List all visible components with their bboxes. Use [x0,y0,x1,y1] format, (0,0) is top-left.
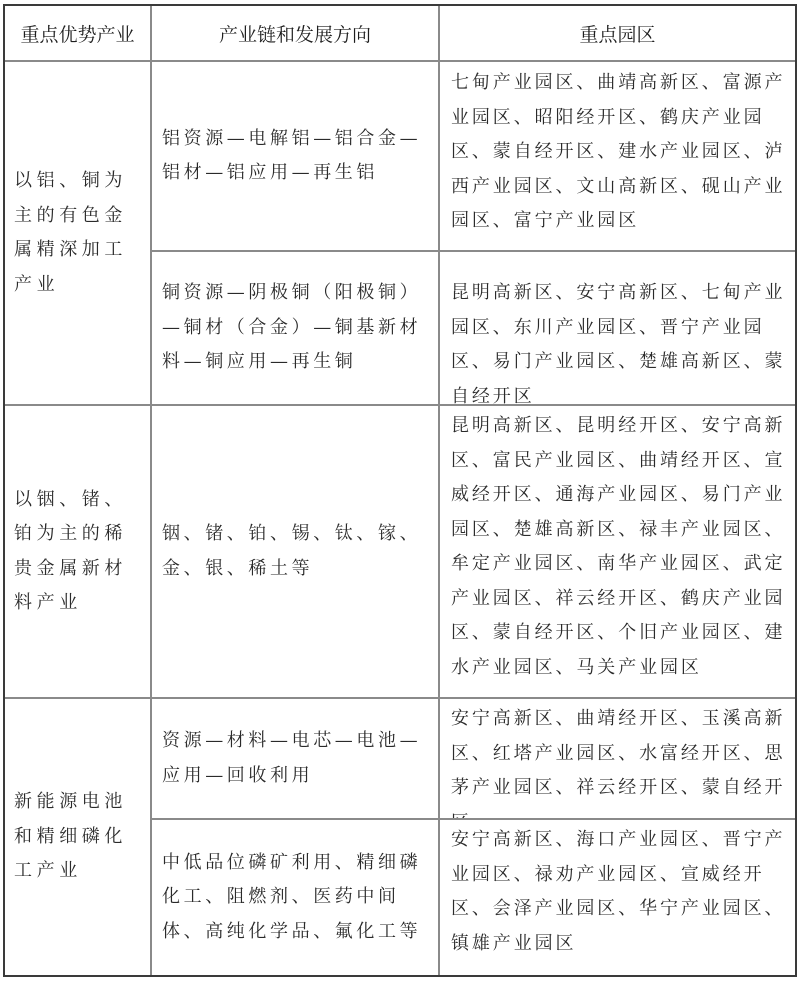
header-industry-chain-label: 产业链和发展方向 [219,20,371,47]
row2-parks-text: 昆明高新区、昆明经开区、安宁高新区、富民产业园区、曲靖经开区、宣威经开区、通海产… [451,409,795,685]
row3a-chain-text: 资源—材料—电芯—电池—应用—回收利用 [162,724,438,793]
row2-parks-cell: 昆明高新区、昆明经开区、安宁高新区、富民产业园区、曲靖经开区、宣威经开区、通海产… [451,409,795,697]
row1a-chain-cell: 铝资源—电解铝—铝合金—铝材—铝应用—再生铝 [162,62,438,250]
row2-industry-text: 以铟、锗、铂为主的稀贵金属新材料产业 [14,483,148,621]
header-key-parks-label: 重点园区 [579,20,655,47]
row3b-chain-cell: 中低品位磷矿利用、精细磷化工、阻燃剂、医药中间体、高纯化学品、氟化工等 [162,820,438,975]
row2-chain-text: 铟、锗、铂、锡、钛、镓、金、银、稀土等 [162,517,438,586]
row3b-chain-text: 中低品位磷矿利用、精细磷化工、阻燃剂、医药中间体、高纯化学品、氟化工等 [162,846,438,950]
header-industry-chain: 产业链和发展方向 [152,6,438,60]
row3b-parks-text: 安宁高新区、海口产业园区、晋宁产业园区、禄劝产业园区、宣威经开区、会泽产业园区、… [451,823,795,961]
header-key-industry-label: 重点优势产业 [20,20,134,47]
column-divider-1 [150,6,152,975]
row1a-parks-text: 七甸产业园区、曲靖高新区、富源产业园区、昭阳经开区、鹤庆产业园区、蒙自经开区、建… [451,66,795,239]
row2-chain-cell: 铟、锗、铂、锡、钛、镓、金、银、稀土等 [162,406,438,697]
row1-industry-text: 以铝、铜为主的有色金属精深加工产业 [14,164,148,302]
column-divider-2 [438,6,440,975]
row1b-parks-cell: 昆明高新区、安宁高新区、七甸产业园区、东川产业园区、晋宁产业园区、易门产业园区、… [451,276,795,404]
row3-industry-cell: 新能源电池和精细磷化工产业 [14,699,148,975]
row3b-parks-cell: 安宁高新区、海口产业园区、晋宁产业园区、禄劝产业园区、宣威经开区、会泽产业园区、… [451,823,795,975]
row3a-chain-cell: 资源—材料—电芯—电池—应用—回收利用 [162,699,438,818]
industry-park-table: 重点优势产业 产业链和发展方向 重点园区 以铝、铜为主的有色金属精深加工产业 铝… [3,4,797,977]
row3a-parks-cell: 安宁高新区、曲靖经开区、玉溪高新区、红塔产业园区、水富经开区、思茅产业园区、祥云… [451,702,795,818]
row1b-chain-cell: 铜资源—阴极铜（阳极铜）—铜材（合金）—铜基新材料—铜应用—再生铜 [162,252,438,404]
row1a-chain-text: 铝资源—电解铝—铝合金—铝材—铝应用—再生铝 [162,122,438,191]
row3-industry-text: 新能源电池和精细磷化工产业 [14,785,148,889]
row1a-parks-cell: 七甸产业园区、曲靖高新区、富源产业园区、昭阳经开区、鹤庆产业园区、蒙自经开区、建… [451,66,795,250]
row1b-chain-text: 铜资源—阴极铜（阳极铜）—铜材（合金）—铜基新材料—铜应用—再生铜 [162,276,438,380]
row1b-parks-text: 昆明高新区、安宁高新区、七甸产业园区、东川产业园区、晋宁产业园区、易门产业园区、… [451,276,795,404]
row3a-parks-text: 安宁高新区、曲靖经开区、玉溪高新区、红塔产业园区、水富经开区、思茅产业园区、祥云… [451,702,795,818]
header-key-parks: 重点园区 [440,6,795,60]
row1-industry-cell: 以铝、铜为主的有色金属精深加工产业 [14,62,148,404]
header-key-industry: 重点优势产业 [5,6,150,60]
row2-industry-cell: 以铟、锗、铂为主的稀贵金属新材料产业 [14,406,148,697]
